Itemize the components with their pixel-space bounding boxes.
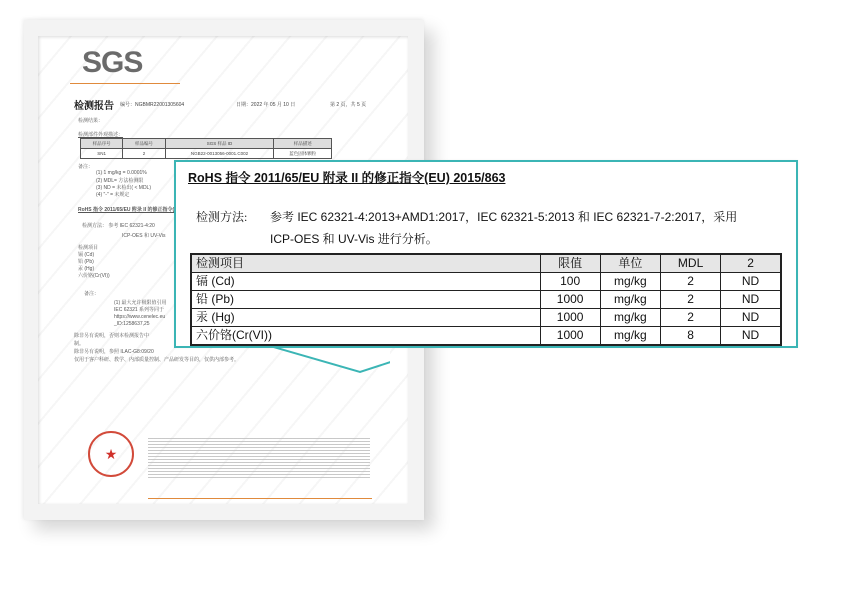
footer-divider	[148, 498, 372, 499]
method-small-2: ICP-OES 和 UV-Vis	[122, 232, 166, 239]
item: 汞 (Hg)	[78, 265, 110, 272]
cell-result: ND	[721, 309, 781, 327]
header-cell: 样品序号	[81, 139, 123, 149]
table-row: 六价铬(Cr(VI)) 1000 mg/kg 8 ND	[191, 327, 781, 346]
cell-item: 铅 (Pb)	[191, 291, 540, 309]
cell-mdl: 8	[661, 327, 721, 346]
method-small: 检测方法： 参考 IEC 62321-4:20	[82, 222, 155, 229]
cell: 蓝色固体颗粒	[274, 149, 332, 159]
line: 除非另有说明，参照 ILAC-G8:09/20	[74, 348, 239, 356]
cell: NGB22-0013056-0001.C002	[165, 149, 274, 159]
item: 六价铬(Cr(VI))	[78, 272, 110, 279]
item: 铅 (Pb)	[78, 258, 110, 265]
cell-item: 汞 (Hg)	[191, 309, 540, 327]
cell-item: 镉 (Cd)	[191, 273, 540, 291]
header-unit: 单位	[600, 254, 660, 273]
cell-unit: mg/kg	[600, 273, 660, 291]
sample-table: 样品序号 样品编号 SGS 样品 ID 样品描述 SN1 2 NGB22-001…	[80, 138, 332, 159]
cell-limit: 100	[540, 273, 600, 291]
callout-title: RoHS 指令 2011/65/EU 附录 II 的修正指令(EU) 2015/…	[188, 168, 505, 186]
zoom-callout: RoHS 指令 2011/65/EU 附录 II 的修正指令(EU) 2015/…	[174, 160, 798, 348]
notes2-label: 备注：	[84, 290, 99, 297]
header-cell: 样品编号	[123, 139, 165, 149]
note: (1) 1 mg/kg = 0.0001%	[96, 170, 147, 176]
report-number: 编号：NGBMR22001305604	[120, 101, 184, 108]
sgs-logo: SGS	[82, 46, 142, 80]
notes2: (1) 最大允许极限值引用 IEC 62321 系列等同于 https://ww…	[114, 300, 167, 328]
cell-mdl: 2	[661, 309, 721, 327]
cell-mdl: 2	[661, 291, 721, 309]
note: https://www.cenelec.eu	[114, 314, 167, 321]
cell-result: ND	[721, 291, 781, 309]
cell: SN1	[81, 149, 123, 159]
items-small: 检测项目 镉 (Cd) 铅 (Pb) 汞 (Hg) 六价铬(Cr(VI))	[78, 244, 110, 279]
page-indicator: 第 2 页，共 5 页	[330, 101, 366, 108]
table-row: 汞 (Hg) 1000 mg/kg 2 ND	[191, 309, 781, 327]
cell: 2	[123, 149, 165, 159]
logo-underline	[70, 83, 180, 84]
results-table: 检测项目 限值 单位 MDL 2 镉 (Cd) 100 mg/kg 2 ND 铅…	[190, 253, 782, 346]
note: (3) ND = 未检出( < MDL)	[96, 184, 151, 191]
cell-mdl: 2	[661, 273, 721, 291]
terms-fineprint	[148, 438, 370, 478]
note: (1) 最大允许极限值引用	[114, 300, 167, 307]
cell-unit: mg/kg	[600, 291, 660, 309]
item: 检测项目	[78, 244, 110, 251]
cell-unit: mg/kg	[600, 327, 660, 346]
cell-limit: 1000	[540, 327, 600, 346]
cell-limit: 1000	[540, 291, 600, 309]
line: 仅用于客户科研、教学、内部质量控制、产品研发等目的，仅供内部参考。	[74, 356, 239, 364]
note: (4) "-" = 未规定	[96, 191, 129, 198]
cell-item: 六价铬(Cr(VI))	[191, 327, 540, 346]
callout-pointer	[270, 346, 390, 376]
method-label: 检测方法:	[196, 208, 247, 225]
table-row: 铅 (Pb) 1000 mg/kg 2 ND	[191, 291, 781, 309]
header-limit: 限值	[540, 254, 600, 273]
cell-limit: 1000	[540, 309, 600, 327]
report-date: 日期：2022 年 05 月 10 日	[236, 101, 295, 108]
method-line-1: 参考 IEC 62321-4:2013+AMD1:2017，IEC 62321-…	[270, 208, 737, 225]
header-sample: 2	[721, 254, 781, 273]
header-mdl: MDL	[661, 254, 721, 273]
note: IEC 62321 系列等同于	[114, 307, 167, 314]
header-cell: SGS 样品 ID	[165, 139, 274, 149]
table-header-row: 检测项目 限值 单位 MDL 2	[191, 254, 781, 273]
header-cell: 样品描述	[274, 139, 332, 149]
item: 镉 (Cd)	[78, 251, 110, 258]
note: _ID:1258637,25	[114, 321, 167, 328]
cell-result: ND	[721, 327, 781, 346]
star-icon: ★	[105, 446, 118, 463]
cell-unit: mg/kg	[600, 309, 660, 327]
sample-desc-label: 检测部件外观描述：	[78, 131, 123, 138]
results-label: 检测结果：	[78, 117, 103, 124]
method-line-2: ICP-OES 和 UV-Vis 进行分析。	[270, 230, 438, 247]
table-row: 镉 (Cd) 100 mg/kg 2 ND	[191, 273, 781, 291]
report-title: 检测报告	[74, 97, 114, 112]
header-item: 检测项目	[191, 254, 540, 273]
note: (2) MDL= 方法检测限	[96, 177, 143, 184]
official-stamp: ★	[88, 431, 134, 477]
cell-result: ND	[721, 273, 781, 291]
notes-label: 备注：	[78, 163, 93, 170]
